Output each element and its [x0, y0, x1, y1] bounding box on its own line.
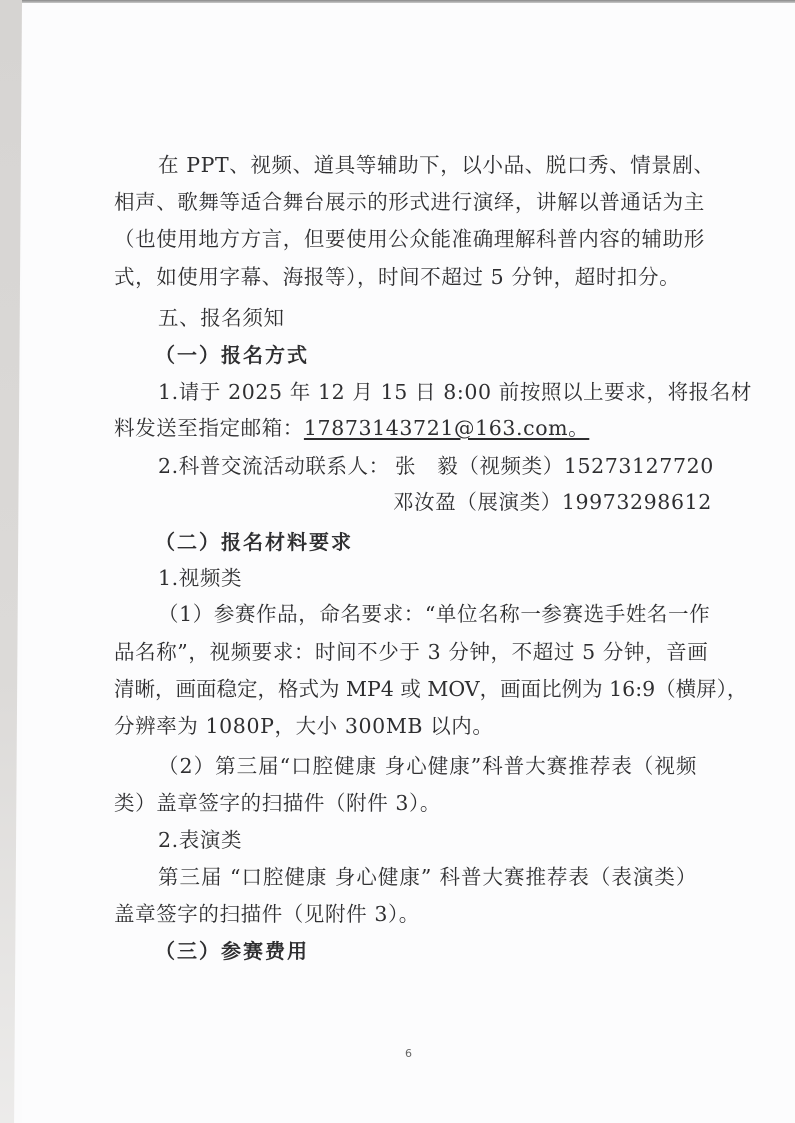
- contact-2-phone: 19973298612: [562, 490, 712, 514]
- intro-line-2: 相声、歌舞等适合舞台展示的形式进行演绎，讲解以普通话为主: [114, 190, 697, 214]
- contact-2-category: （展演类）: [456, 490, 562, 514]
- performance-line-1: 第三届 “口腔健康 身心健康” 科普大赛推荐表（表演类）: [158, 865, 697, 889]
- contact-1: 张 毅（视频类）15273127720: [395, 454, 714, 478]
- email-link[interactable]: 17873143721@163.com。: [304, 416, 589, 440]
- intro-line-4: 式，如使用字幕、海报等），时间不超过 5 分钟，超时扣分。: [114, 265, 680, 289]
- video-item-1-line-3: 清晰，画面稳定，格式为 MP4 或 MOV，画面比例为 16:9（横屏），: [114, 677, 697, 701]
- video-item-2-line-2: 类）盖章签字的扫描件（附件 3）。: [114, 791, 441, 815]
- contact-1-category: （视频类）: [458, 454, 564, 478]
- registration-item-1-line-2: 料发送至指定邮箱：17873143721@163.com。: [114, 416, 589, 440]
- subsection-heading-registration-method: （一）报名方式: [155, 343, 309, 367]
- video-item-1-line-2: 品名称”，视频要求：时间不少于 3 分钟，不超过 5 分钟，音画: [114, 640, 697, 664]
- registration-item-1-line-1: 1.请于 2025 年 12 月 15 日 8:00 前按照以上要求，将报名材: [158, 380, 697, 404]
- subsection-heading-fees: （三）参赛费用: [155, 939, 309, 963]
- video-item-1-line-1: （1）参赛作品，命名要求：“单位名称一参赛选手姓名一作: [158, 602, 697, 626]
- intro-line-3: （也使用地方方言，但要使用公众能准确理解科普内容的辅助形: [114, 227, 697, 251]
- video-item-1-line-4: 分辨率为 1080P，大小 300MB 以内。: [114, 714, 494, 738]
- intro-line-1: 在 PPT、视频、道具等辅助下，以小品、脱口秀、情景剧、: [158, 153, 697, 177]
- contact-2: 邓汝盈（展演类）19973298612: [393, 490, 712, 514]
- contact-1-name: 张 毅: [395, 454, 458, 478]
- contact-1-phone: 15273127720: [564, 454, 714, 478]
- contact-2-name: 邓汝盈: [393, 490, 456, 514]
- section-title: 五、报名须知: [158, 306, 285, 330]
- email-label: 料发送至指定邮箱：: [114, 416, 304, 440]
- performance-line-2: 盖章签字的扫描件（见附件 3）。: [114, 902, 420, 926]
- contact-label-line: 2.科普交流活动联系人：: [158, 454, 390, 478]
- scan-left-border: [0, 0, 22, 1123]
- performance-category-title: 2.表演类: [158, 828, 242, 852]
- video-category-title: 1.视频类: [158, 566, 242, 590]
- video-item-2-line-1: （2）第三届“口腔健康 身心健康”科普大赛推荐表（视频: [158, 754, 697, 778]
- subsection-heading-materials: （二）报名材料要求: [155, 530, 353, 554]
- page-number: 6: [405, 1047, 412, 1060]
